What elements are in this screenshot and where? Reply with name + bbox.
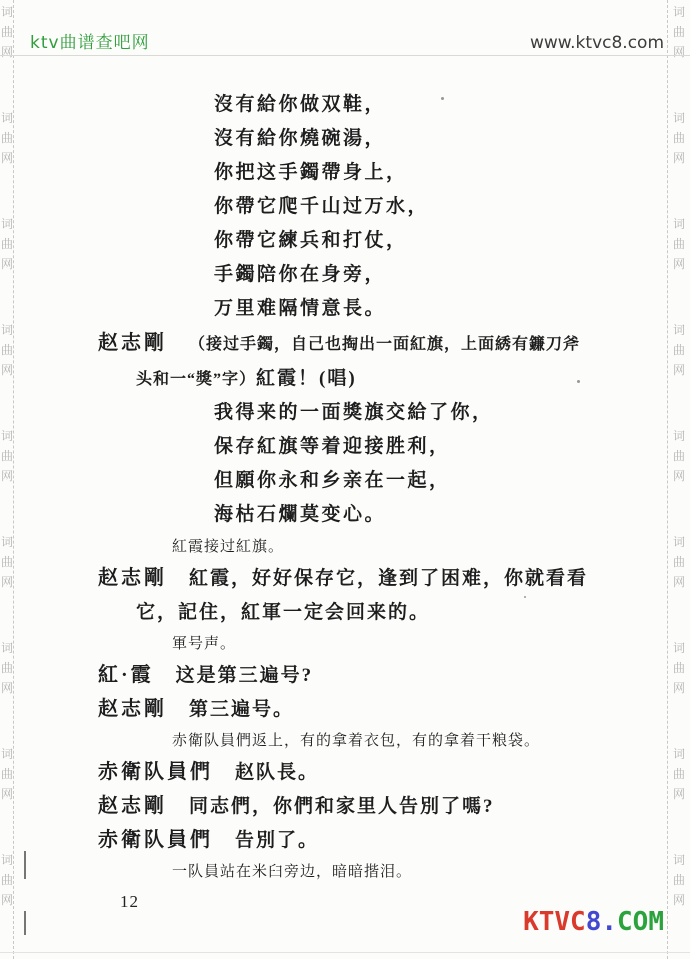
watermark-char: 词 bbox=[672, 850, 686, 870]
watermark-group: 词曲网 bbox=[672, 108, 686, 168]
line-text: 海枯石爛莫变心。 bbox=[214, 504, 386, 525]
script-page-body: 沒有給你做双鞋，沒有給你燒碗湯，你把这手鐲帶身上，你帶它爬千山过万水，你帶它練兵… bbox=[0, 56, 670, 912]
dialogue-line: 赵志剛（接过手鐲，自己也掏出一面紅旗，上面綉有鐮刀斧 bbox=[0, 332, 670, 356]
watermark-char: 词 bbox=[672, 638, 686, 658]
watermark-group: 词曲网 bbox=[0, 2, 14, 62]
line-text: 一队員站在米臼旁边，暗暗揩泪。 bbox=[172, 864, 412, 880]
line-text: 紅霞！(唱) bbox=[256, 368, 357, 389]
verse-line: 海枯石爛莫变心。 bbox=[0, 504, 670, 526]
line-text: 赤衛队員們返上，有的拿着衣包，有的拿着干粮袋。 bbox=[172, 733, 540, 749]
watermark-char: 曲 bbox=[672, 128, 686, 148]
verse-line: 万里难隔情意長。 bbox=[0, 298, 670, 320]
watermark-char: 曲 bbox=[672, 658, 686, 678]
line-text: 赵队長。 bbox=[235, 762, 319, 783]
watermark-char: 曲 bbox=[672, 234, 686, 254]
watermark-group: 词曲网 bbox=[672, 850, 686, 910]
dialogue-line: 赵志剛同志們，你們和家里人告別了嗎? bbox=[0, 795, 670, 818]
watermark-char: 曲 bbox=[672, 340, 686, 360]
speaker-name: 赤衛队員們 bbox=[98, 829, 213, 851]
watermark-char: 网 bbox=[672, 678, 686, 698]
dialogue-line: 紅·霞这是第三遍号? bbox=[0, 664, 670, 687]
stage-direction: 一队員站在米臼旁边，暗暗揩泪。 bbox=[0, 863, 670, 881]
site-name-link[interactable]: ktv曲谱查吧网 bbox=[30, 28, 150, 53]
line-text: 万里难隔情意長。 bbox=[214, 298, 386, 319]
watermark-column-right: 词曲网词曲网词曲网词曲网词曲网词曲网词曲网词曲网词曲网 bbox=[672, 2, 686, 956]
speaker-name: 赤衛队員們 bbox=[98, 761, 213, 783]
watermark-char: 曲 bbox=[672, 870, 686, 890]
speaker-name: 紅·霞 bbox=[98, 664, 154, 686]
watermark-char: 网 bbox=[672, 42, 686, 62]
verse-line: 沒有給你做双鞋， bbox=[0, 94, 670, 116]
speaker-name: 赵志剛 bbox=[98, 567, 167, 589]
watermark-char: 网 bbox=[672, 890, 686, 910]
line-text: 同志們，你們和家里人告別了嗎? bbox=[189, 796, 495, 817]
line-text: 沒有給你做双鞋， bbox=[214, 94, 386, 115]
watermark-char: 曲 bbox=[672, 764, 686, 784]
watermark-char: 曲 bbox=[672, 22, 686, 42]
watermark-group: 词曲网 bbox=[672, 744, 686, 804]
line-text: 你帶它爬千山过万水， bbox=[214, 196, 429, 217]
speaker-name: 赵志剛 bbox=[98, 795, 167, 817]
watermark-char: 词 bbox=[672, 2, 686, 22]
ktvc8-logo[interactable]: KTVC8.COM bbox=[523, 907, 664, 937]
watermark-char: 词 bbox=[672, 214, 686, 234]
verse-line: 但願你永和乡亲在一起， bbox=[0, 470, 670, 492]
verse-line: 你帶它爬千山过万水， bbox=[0, 196, 670, 218]
watermark-char: 词 bbox=[672, 532, 686, 552]
watermark-char: 词 bbox=[0, 2, 14, 22]
watermark-group: 词曲网 bbox=[672, 532, 686, 592]
watermark-char: 网 bbox=[672, 784, 686, 804]
watermark-char: 词 bbox=[672, 108, 686, 128]
line-text: 保存紅旗等着迎接胜利， bbox=[214, 436, 451, 457]
continuation-line: 它，記住，紅軍一定会回来的。 bbox=[0, 601, 670, 624]
watermark-group: 词曲网 bbox=[672, 638, 686, 698]
stage-direction: 赤衛队員們返上，有的拿着衣包，有的拿着干粮袋。 bbox=[0, 732, 670, 750]
dialogue-line: 赵志剛第三遍号。 bbox=[0, 698, 670, 721]
header: ktv曲谱查吧网 www.ktvc8.com bbox=[30, 28, 664, 53]
speaker-name: 赵志剛 bbox=[98, 698, 167, 720]
watermark-char: 词 bbox=[672, 320, 686, 340]
watermark-char: 网 bbox=[672, 466, 686, 486]
line-text: 我得来的一面獎旗交給了你， bbox=[214, 402, 494, 423]
watermark-char: 词 bbox=[672, 426, 686, 446]
verse-line: 我得来的一面獎旗交給了你， bbox=[0, 402, 670, 424]
watermark-char: 网 bbox=[672, 148, 686, 168]
line-text: 紅霞，好好保存它，逢到了困难，你就看看 bbox=[189, 568, 588, 589]
verse-line: 你把这手鐲帶身上， bbox=[0, 162, 670, 184]
watermark-char: 网 bbox=[672, 254, 686, 274]
dialogue-line: 赵志剛紅霞，好好保存它，逢到了困难，你就看看 bbox=[0, 567, 670, 590]
dialogue-line: 赤衛队員們赵队長。 bbox=[0, 761, 670, 784]
line-text: 但願你永和乡亲在一起， bbox=[214, 470, 451, 491]
speaker-name: 赵志剛 bbox=[98, 332, 167, 354]
watermark-char: 网 bbox=[672, 360, 686, 380]
verse-line: 你帶它練兵和打仗， bbox=[0, 230, 670, 252]
logo-segment: KTVC bbox=[523, 907, 586, 937]
line-text: （接过手鐲，自己也掏出一面紅旗，上面綉有鐮刀斧 bbox=[189, 336, 580, 353]
watermark-group: 词曲网 bbox=[672, 320, 686, 380]
watermark-char: 曲 bbox=[0, 22, 14, 42]
page-bottom-edge bbox=[0, 952, 690, 953]
line-text: 手鐲陪你在身旁， bbox=[214, 264, 386, 285]
scan-artifact-mark bbox=[24, 911, 26, 935]
verse-line: 沒有給你燒碗湯， bbox=[0, 128, 670, 150]
verse-line: 手鐲陪你在身旁， bbox=[0, 264, 670, 286]
watermark-group: 词曲网 bbox=[672, 426, 686, 486]
logo-segment: 8. bbox=[586, 907, 617, 937]
line-text: 头和一“獎”字） bbox=[136, 371, 256, 388]
watermark-char: 曲 bbox=[672, 446, 686, 466]
logo-segment: COM bbox=[617, 907, 664, 937]
site-url-link[interactable]: www.ktvc8.com bbox=[530, 33, 664, 53]
line-text: 第三遍号。 bbox=[189, 699, 294, 720]
line-text: 軍号声。 bbox=[172, 636, 236, 652]
line-text: 告別了。 bbox=[235, 830, 319, 851]
watermark-group: 词曲网 bbox=[672, 2, 686, 62]
stage-direction: 紅霞接过紅旗。 bbox=[0, 538, 670, 556]
stage-direction: 軍号声。 bbox=[0, 635, 670, 653]
line-text: 沒有給你燒碗湯， bbox=[214, 128, 386, 149]
line-text: 你帶它練兵和打仗， bbox=[214, 230, 408, 251]
watermark-group: 词曲网 bbox=[672, 214, 686, 274]
watermark-char: 网 bbox=[672, 572, 686, 592]
watermark-char: 曲 bbox=[672, 552, 686, 572]
watermark-char: 词 bbox=[672, 744, 686, 764]
line-text: 它，記住，紅軍一定会回来的。 bbox=[136, 602, 430, 623]
verse-line: 保存紅旗等着迎接胜利， bbox=[0, 436, 670, 458]
dialogue-line: 赤衛队員們告別了。 bbox=[0, 829, 670, 852]
line-text: 你把这手鐲帶身上， bbox=[214, 162, 408, 183]
line-text: 这是第三遍号? bbox=[176, 665, 314, 686]
continuation-line: 头和一“獎”字）紅霞！(唱) bbox=[0, 367, 670, 391]
line-text: 紅霞接过紅旗。 bbox=[172, 539, 284, 555]
